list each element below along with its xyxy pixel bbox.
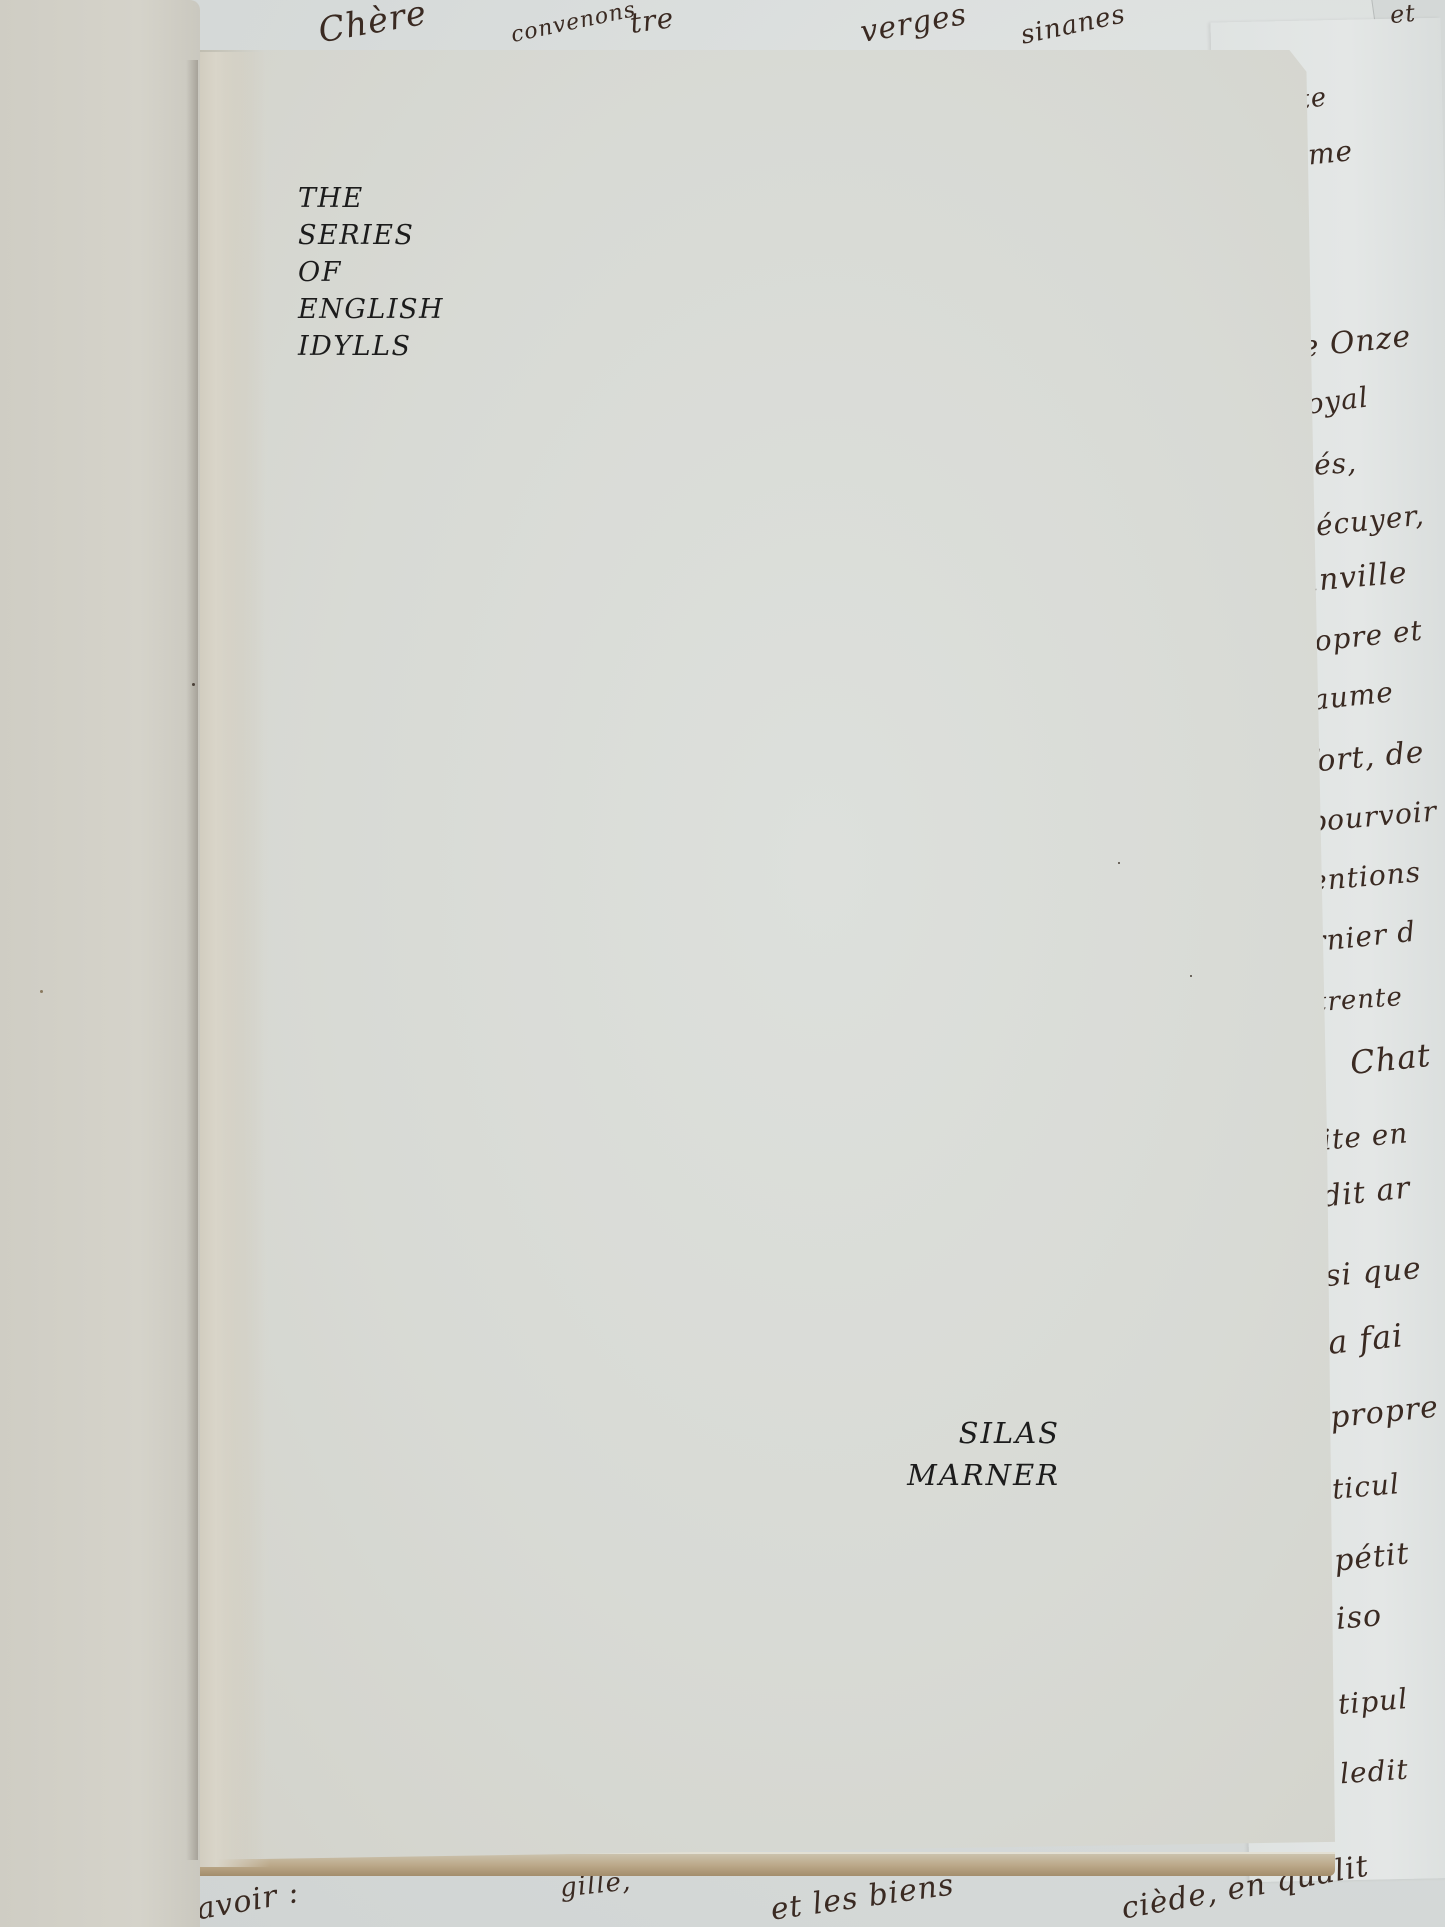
paper-speck — [1118, 862, 1120, 864]
series-line: ENGLISH — [298, 291, 444, 328]
manuscript-text: trente — [1315, 982, 1404, 1018]
book-title: SILAS MARNER — [860, 1412, 1060, 1496]
book-title-line: MARNER — [860, 1454, 1060, 1496]
manuscript-text: tre — [628, 1, 676, 40]
series-line: OF — [298, 254, 444, 291]
left-page-edge — [186, 60, 198, 1860]
paper-speck — [1190, 975, 1192, 977]
manuscript-text: iso — [1335, 1598, 1384, 1637]
manuscript-text: ticul — [1331, 1467, 1402, 1506]
series-line: SERIES — [298, 217, 444, 254]
book-title-line: SILAS — [860, 1412, 1060, 1454]
left-page — [0, 0, 200, 1927]
manuscript-text: ledit — [1339, 1753, 1410, 1791]
paper-speck — [192, 683, 195, 686]
series-line: THE — [298, 180, 444, 217]
manuscript-text: a fai — [1326, 1316, 1405, 1362]
manuscript-text: tipul — [1337, 1682, 1410, 1721]
series-title: THE SERIES OF ENGLISH IDYLLS — [298, 180, 444, 365]
manuscript-text: et — [1389, 0, 1418, 29]
series-line: IDYLLS — [298, 328, 444, 365]
paper-speck — [40, 990, 43, 993]
